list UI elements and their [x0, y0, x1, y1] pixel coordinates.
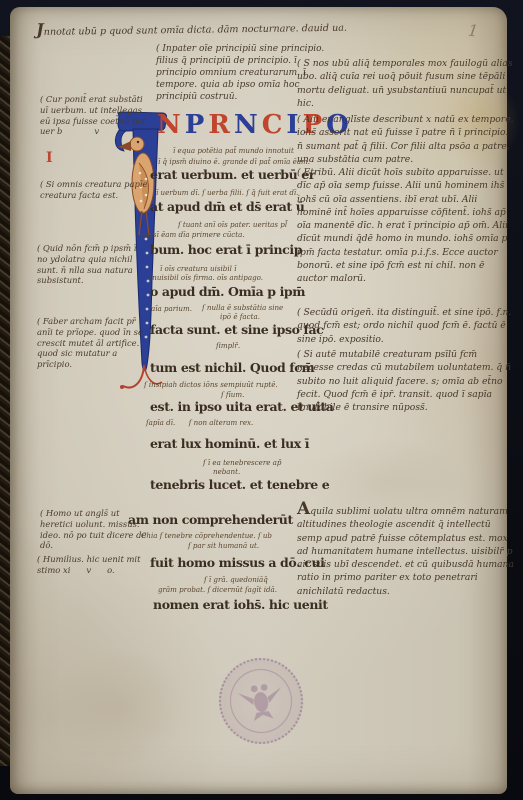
left-margin-gloss-5: ( Homo ut angls̄ ut heretici uolunt. mis…: [40, 508, 148, 551]
interlinear-gloss: ſ insipiah dictos iōns sempiuūt ruptē.: [144, 380, 278, 389]
header-gloss-line: Jnnotat ubū p quod sunt omīa dicta. dām …: [36, 14, 466, 39]
scripture-line: o apud dm̄. Omīa p ipm̄: [150, 284, 305, 299]
left-margin-gloss-2: ( Si omnis creatura papīe creatura facta…: [40, 179, 148, 201]
scripture-line: tenebris lucet. et tenebre e: [150, 477, 329, 492]
left-margin-gloss-6: ( Humilius. hic uenit mit stimo xi v o.: [37, 554, 145, 576]
display-capital: N: [234, 110, 262, 140]
interlinear-gloss: ī oīs creatura uisibil ī: [160, 264, 236, 273]
interlinear-gloss: Chia ſ tenebre cōprehendentue. ſ ub: [141, 531, 272, 540]
display-capital: P: [185, 110, 209, 140]
library-stamp: [213, 653, 308, 750]
left-margin-gloss-3: ( Quid nōn fcm̄ p ipsm̄ ī no ydolatra qu…: [37, 243, 145, 286]
interlinear-gloss: aīa parium.: [151, 304, 192, 313]
scripture-line: at apud dm̄ et ds̄ erat ū: [150, 199, 304, 214]
right-gloss-paragraph-1: ( S nos ubū aliq̄ temporales mox fauilog…: [297, 57, 514, 110]
interlinear-gloss: ſ ī grā. quedoniāq̄: [204, 575, 268, 584]
manuscript-photograph: Jnnotat ubū p quod sunt omīa dicta. dām …: [0, 0, 523, 800]
interlinear-gloss: nebant.: [213, 467, 240, 476]
interlinear-gloss: inuisibil oīs firma. oīs antipago.: [150, 273, 263, 282]
scripture-line: bum. hoc erat ī princip: [150, 242, 302, 257]
interlinear-gloss: grām probat. ſ dicernūt ſagīt idā.: [158, 585, 277, 594]
parchment-page: Jnnotat ubū p quod sunt omīa dicta. dām …: [10, 7, 507, 794]
scripture-line: am non comprehenderūt: [128, 512, 293, 527]
stamp-eagle-icon: [231, 671, 290, 730]
interlinear-gloss: ſ fīum.: [221, 390, 244, 399]
interlinear-gloss: ſ nulla ē substātia sine: [202, 303, 283, 312]
interlinear-gloss: ſ tuant anī oīs pater. ueritas pl̄: [178, 220, 287, 229]
right-gloss-paragraph-6: Aquila sublimi uolatu ultra omnēm natura…: [297, 503, 514, 598]
scripture-line: erat lux hominū. et lux ī: [150, 436, 309, 451]
interlinear-gloss: ī uerbum dī. ſ uerba filii. ſ q̄ fuit er…: [156, 188, 298, 197]
interlinear-gloss: ſ ī ea tenebrescere ap̄: [203, 458, 281, 467]
left-margin-gloss-1: ( Cur ponit̄ erat substāti uī uerbum. ut…: [40, 94, 148, 137]
interlinear-gloss: ī q̄ ipsm̄ diuino ē. grande dī pat̄ omīa…: [158, 157, 310, 166]
interlinear-gloss: ī equa potētia pat̄ mundo innotuit: [173, 146, 294, 155]
interlinear-gloss: cursī ēam dīa primere cūcta.: [141, 230, 245, 239]
scripture-line: erat uerbum. et uerbū er: [150, 167, 315, 182]
right-gloss-paragraph-4: ( Secūdū origen̄. ita distinguit̄. et si…: [297, 306, 514, 346]
right-gloss-paragraph-3: ( Etribū. Alii dicūt hoīs subito apparui…: [297, 166, 514, 286]
display-capital: N: [157, 110, 185, 140]
right-gloss-paragraph-2: ( Alii euanglīste describunt x natū ex t…: [297, 113, 514, 166]
interlinear-gloss: ipō ē facta.: [220, 312, 260, 321]
chapter-numeral: I: [46, 150, 53, 166]
folio-number: 1: [467, 20, 479, 40]
parchment-stain: [50, 647, 190, 767]
left-margin-gloss-4: ( Faber archam facit pr̄ anīi te prīope.…: [37, 316, 145, 370]
scripture-line: tum est nichil. Quod fcm̄: [150, 360, 314, 375]
display-capital: R: [208, 110, 234, 140]
interlinear-gloss: ſ par sit humanā ut.: [188, 541, 259, 550]
interlinear-gloss: ſimplr̄.: [216, 341, 240, 350]
scripture-line: nomen erat iohs̄. hic uenit: [153, 597, 328, 612]
display-capital: C: [262, 110, 287, 140]
right-gloss-paragraph-5: ( Si autē mutabilē creaturam psīlū fcm̄ …: [297, 348, 514, 414]
interlinear-gloss: ſapīa dī. ſ non alteram rex.: [146, 418, 253, 427]
